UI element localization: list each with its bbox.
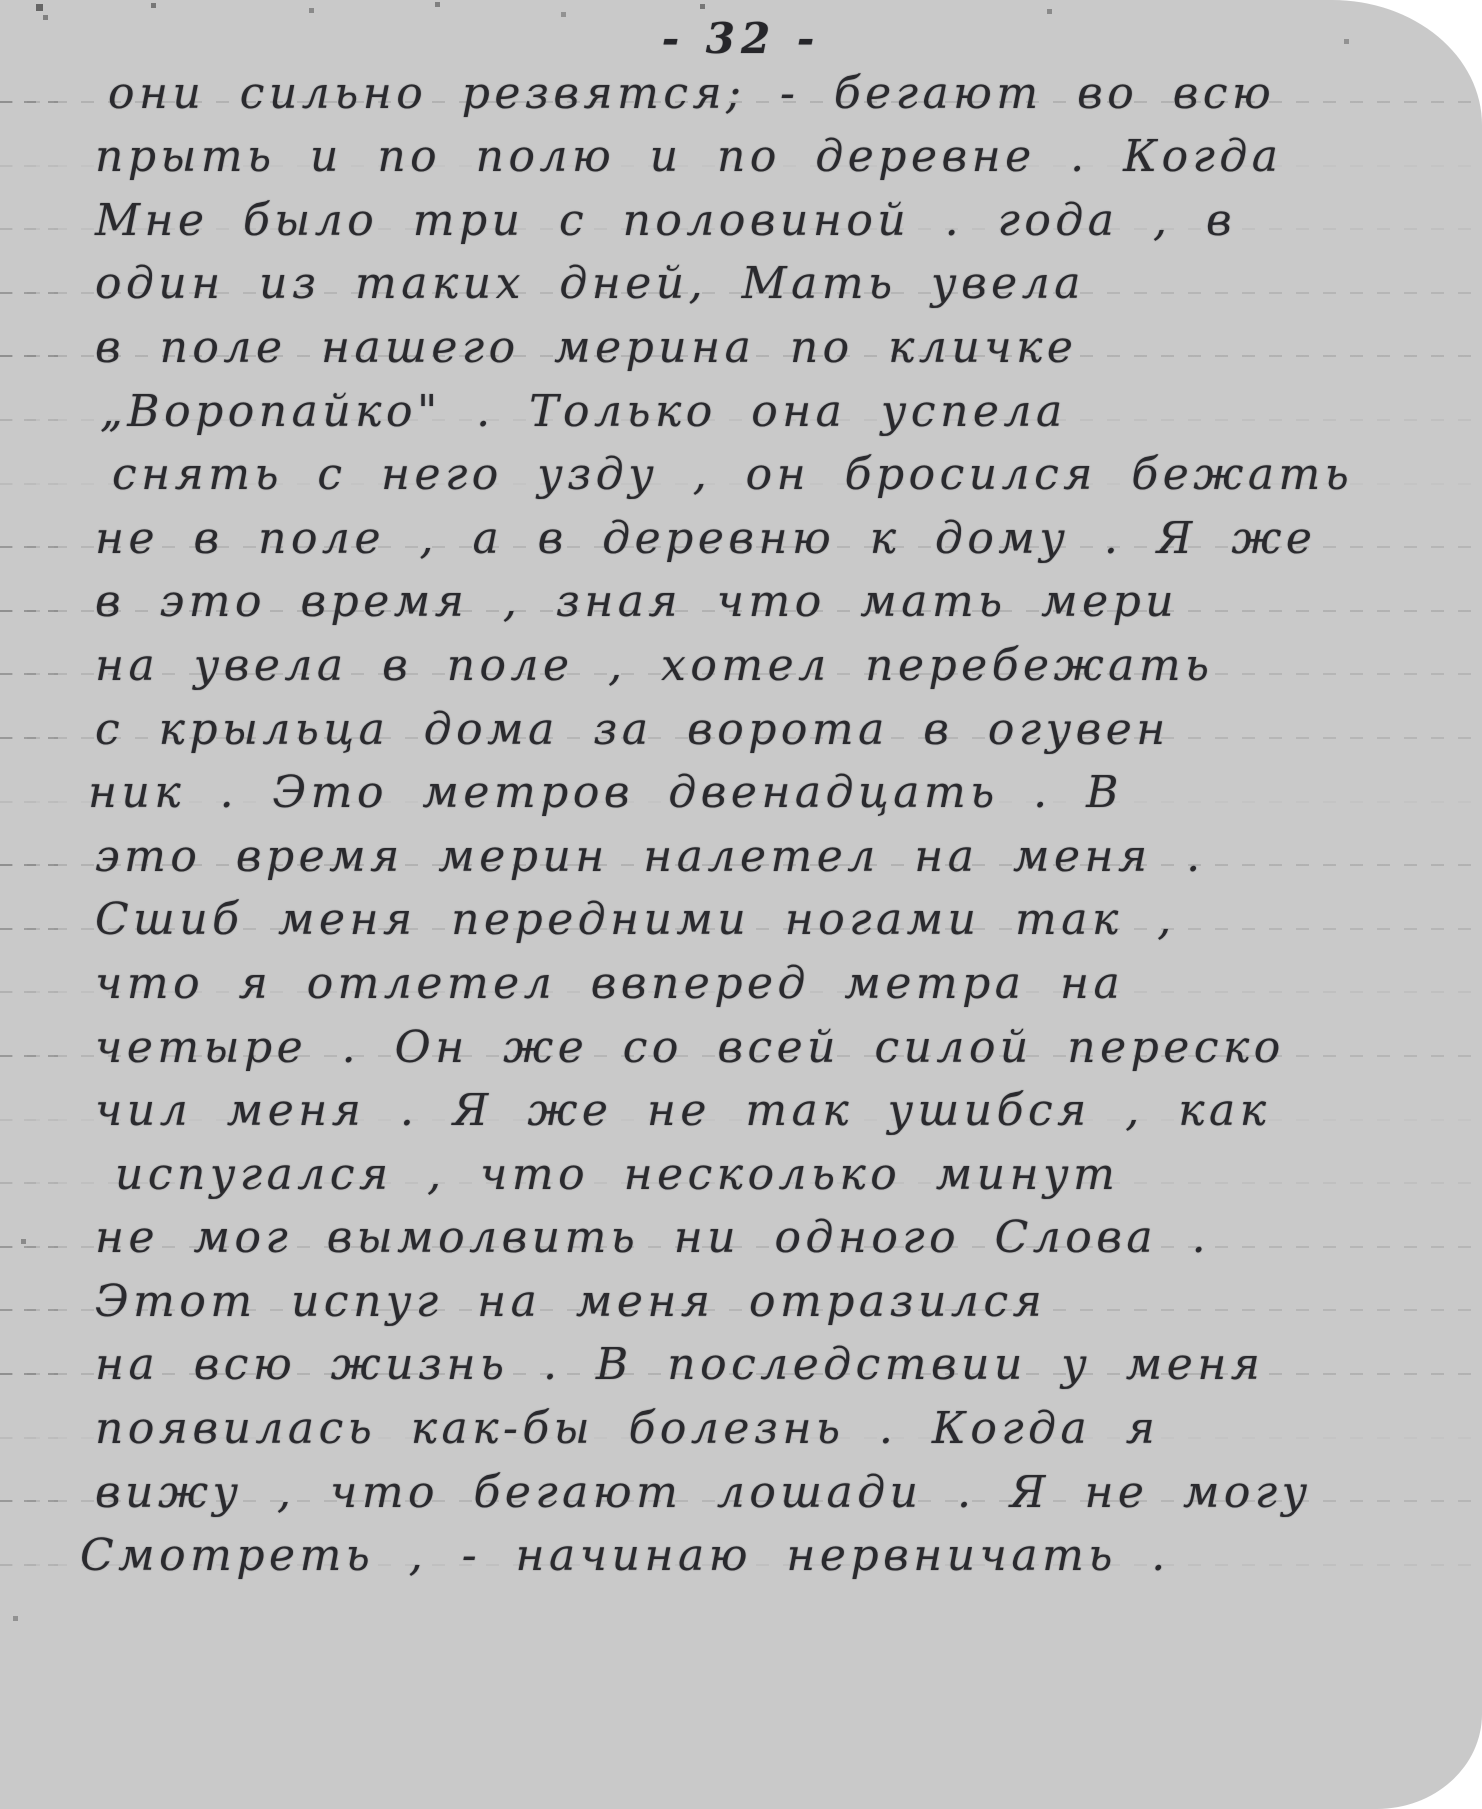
handwriting-block: они сильно резвятся; - бегают во всюпрыт…	[0, 56, 1482, 1582]
text-line: в это время , зная что мать мери	[0, 565, 1482, 629]
text-line: с крыльца дома за ворота в огувен	[0, 692, 1482, 756]
text-line: прыть и по полю и по деревне . Когда	[0, 120, 1482, 184]
text-line: четыре . Он же со всей силой переско	[0, 1010, 1482, 1074]
text-line: в поле нашего мерина по кличке	[0, 310, 1482, 374]
text-line: Сшиб меня передними ногами так ,	[0, 883, 1482, 947]
text-line: они сильно резвятся; - бегают во всю	[0, 56, 1482, 120]
text-line: на увела в поле , хотел перебежать	[0, 628, 1482, 692]
scanned-manuscript-page: - 32 - они сильно резвятся; - бегают во …	[0, 0, 1482, 1809]
text-line: чил меня . Я же не так ушибся , как	[0, 1074, 1482, 1138]
text-line: один из таких дней, Мать увела	[0, 247, 1482, 311]
text-line: вижу , что бегают лошади . Я не могу	[0, 1455, 1482, 1519]
text-line: снять с него узду , он бросился бежать	[0, 438, 1482, 502]
text-line: что я отлетел ввперед метра на	[0, 946, 1482, 1010]
text-line: не в поле , а в деревню к дому . Я же	[0, 501, 1482, 565]
text-line: на всю жизнь . В последствии у меня	[0, 1328, 1482, 1392]
text-line: ник . Это метров двенадцать . В	[0, 756, 1482, 820]
text-line: испугался , что несколько минут	[0, 1137, 1482, 1201]
text-line: Мне было три с половиной . года , в	[0, 183, 1482, 247]
text-line: Смотреть , - начинаю нервничать .	[0, 1519, 1482, 1583]
text-line: „Воропайко" . Только она успела	[0, 374, 1482, 438]
text-line: Этот испуг на меня отразился	[0, 1264, 1482, 1328]
text-line: появилась как-бы болезнь . Когда я	[0, 1391, 1482, 1455]
text-line: не мог вымолвить ни одного Слова .	[0, 1201, 1482, 1265]
text-line: это время мерин налетел на меня .	[0, 819, 1482, 883]
